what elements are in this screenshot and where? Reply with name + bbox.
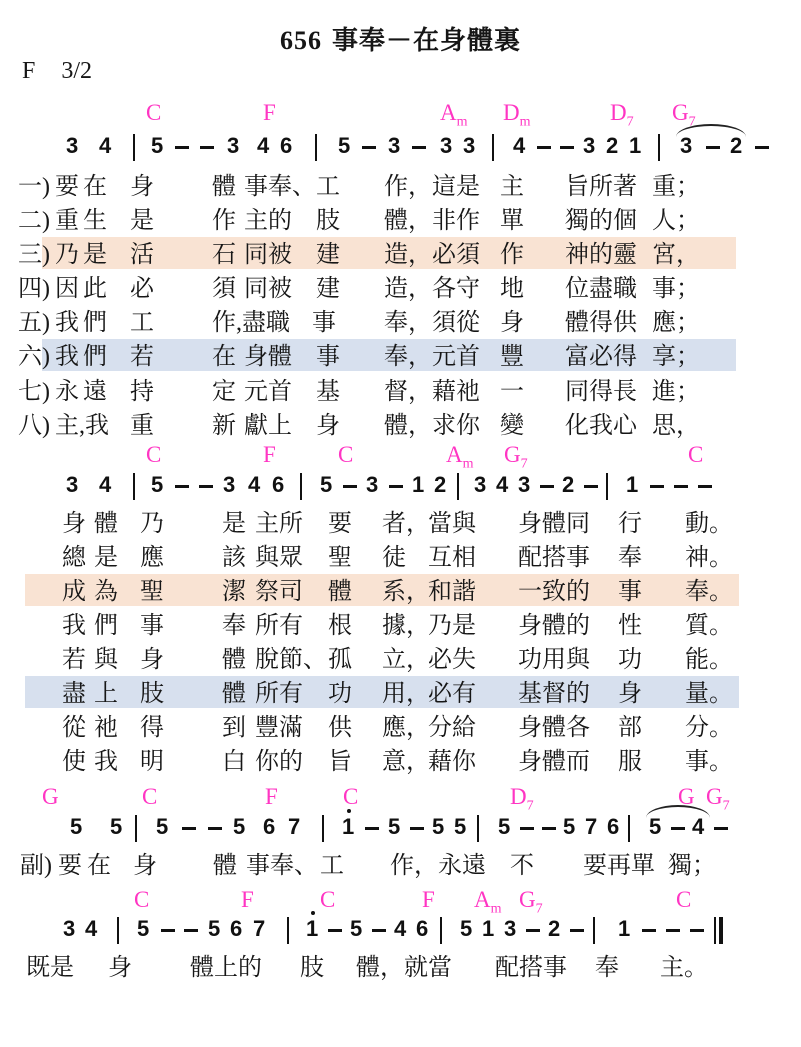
- lyric-segment: 體，求你: [384, 411, 480, 441]
- chord-symbol: G7: [706, 785, 730, 814]
- chord-subscript: m: [520, 115, 531, 130]
- note-dash: [690, 929, 704, 932]
- lyric-segment: 石: [212, 240, 236, 270]
- lyric-segment: 據，: [382, 611, 430, 641]
- chord-subscript: 7: [536, 902, 543, 917]
- lyric-segment: 造，必須: [384, 240, 480, 270]
- lyric-segment: 事: [618, 577, 642, 607]
- lyric-segment: 主,我: [55, 411, 109, 441]
- note-digit: 5: [563, 815, 575, 839]
- lyric-segment: 供: [328, 713, 352, 743]
- note-digit: 6: [272, 473, 284, 497]
- note-digit: 4: [248, 473, 260, 497]
- note-digit: 3: [463, 134, 475, 158]
- chord-symbol: Am: [440, 101, 468, 130]
- lyric-segment: 我: [55, 342, 79, 372]
- chord-symbol: C: [146, 443, 161, 466]
- lyric-segment: 得: [140, 713, 164, 743]
- note-digit: 6: [280, 134, 292, 158]
- bar-line: [477, 815, 479, 842]
- lyric-segment: 質。: [685, 611, 733, 641]
- chord-symbol: C: [142, 785, 157, 808]
- lyric-segment: 體，就當: [356, 953, 452, 983]
- octave-dot: [347, 809, 351, 813]
- note-digit: 5: [498, 815, 510, 839]
- chord-symbol: Am: [474, 888, 502, 917]
- lyric-segment: 能。: [685, 645, 733, 675]
- note-digit: 6: [416, 917, 428, 941]
- chord-symbol: G: [42, 785, 59, 808]
- lyric-segment: 我: [55, 308, 79, 338]
- chord-symbol: F: [263, 443, 276, 466]
- chord-subscript: 7: [723, 799, 730, 814]
- bar-line: [287, 917, 289, 944]
- verse-label: 二): [18, 206, 50, 236]
- note-digit: 2: [434, 473, 446, 497]
- note-digit: 6: [607, 815, 619, 839]
- lyric-segment: 事: [140, 611, 164, 641]
- lyric-segment: 富必得: [565, 342, 637, 372]
- lyric-segment: 上: [94, 679, 118, 709]
- chord-symbol: F: [263, 101, 276, 124]
- lyric-segment: 聖: [140, 577, 164, 607]
- lyric-segment: 作,盡職: [212, 308, 290, 338]
- note-dash: [520, 827, 534, 830]
- lyric-segment: 要: [328, 509, 352, 539]
- lyric-segment: 一: [500, 377, 524, 407]
- lyric-segment: 身: [108, 953, 132, 983]
- note-digit: 4: [99, 134, 111, 158]
- note-dash: [570, 929, 584, 932]
- lyric-segment: 基: [316, 377, 340, 407]
- chord-symbol: C: [134, 888, 149, 911]
- lyric-segment: 作: [212, 206, 236, 236]
- note-digit: 5: [233, 815, 245, 839]
- lyric-segment: 獻上: [244, 411, 292, 441]
- chord-symbol: C: [343, 785, 358, 808]
- lyric-segment: 用，: [382, 679, 430, 709]
- note-digit: 4: [99, 473, 111, 497]
- lyric-segment: 活: [130, 240, 154, 270]
- bar-line: [628, 815, 630, 842]
- lyric-segment: 旨: [328, 747, 352, 777]
- note-digit: 3: [518, 473, 530, 497]
- lyric-segment: 互相: [428, 543, 476, 573]
- note-digit: 3: [504, 917, 516, 941]
- lyric-segment: 當與: [428, 509, 476, 539]
- chord-symbol: Am: [446, 443, 474, 472]
- bar-line: [117, 917, 119, 944]
- note-digit: 6: [263, 815, 275, 839]
- lyric-segment: 享；: [652, 342, 700, 372]
- note-digit: 3: [66, 134, 78, 158]
- lyric-segment: 徒: [382, 543, 406, 573]
- note-dash: [184, 929, 198, 932]
- lyric-segment: 變: [500, 411, 524, 441]
- lyric-segment: 建: [316, 274, 340, 304]
- lyric-segment: 作: [500, 240, 524, 270]
- lyric-segment: 奉，元首: [384, 342, 480, 372]
- lyric-segment: 主: [500, 172, 524, 202]
- note-digit: 5: [320, 473, 332, 497]
- lyric-segment: 身: [618, 679, 642, 709]
- lyric-segment: 體: [212, 172, 236, 202]
- lyric-segment: 分給: [428, 713, 476, 743]
- note-digit: 3: [583, 134, 595, 158]
- lyric-segment: 工: [316, 172, 340, 202]
- lyric-segment: 體，非作: [384, 206, 480, 236]
- lyric-segment: 脫節、: [255, 645, 327, 675]
- lyric-segment: 明: [140, 747, 164, 777]
- verse-label: 三): [18, 240, 50, 270]
- lyric-segment: 性: [618, 611, 642, 641]
- note-dash: [362, 146, 376, 149]
- lyric-segment: 遠: [83, 377, 107, 407]
- lyric-segment: 我: [62, 611, 86, 641]
- lyric-segment: 根: [328, 611, 352, 641]
- lyric-segment: 量。: [685, 679, 733, 709]
- note-digit: 3: [388, 134, 400, 158]
- note-digit: 2: [730, 134, 742, 158]
- lyric-segment: 你的: [255, 747, 303, 777]
- note-digit: 2: [548, 917, 560, 941]
- lyric-segment: 祭司: [255, 577, 303, 607]
- lyric-segment: 從: [62, 713, 86, 743]
- lyric-segment: 分。: [685, 713, 733, 743]
- lyric-segment: 乃是: [428, 611, 476, 641]
- lyric-segment: 人；: [652, 206, 700, 236]
- lyric-segment: 獨；: [668, 851, 716, 881]
- note-dash: [540, 485, 554, 488]
- lyric-segment: 體: [213, 851, 237, 881]
- lyric-segment: 單: [500, 206, 524, 236]
- lyric-segment: 奉: [595, 953, 619, 983]
- lyric-segment: 配搭事: [518, 543, 590, 573]
- lyric-segment: 行: [618, 509, 642, 539]
- lyric-segment: 事奉、: [246, 851, 318, 881]
- chord-symbol: C: [320, 888, 335, 911]
- lyric-segment: 獨的個: [565, 206, 637, 236]
- note-digit: 3: [66, 473, 78, 497]
- lyric-segment: 乃: [140, 509, 164, 539]
- lyric-segment: 肢: [140, 679, 164, 709]
- lyric-segment: 必失: [428, 645, 476, 675]
- lyric-segment: 永: [55, 377, 79, 407]
- double-bar-line: [714, 917, 716, 944]
- chord-symbol: D7: [510, 785, 534, 814]
- lyric-segment: 祂: [94, 713, 118, 743]
- hymn-title: 事奉－在身體裏: [332, 26, 521, 55]
- note-digit: 4: [513, 134, 525, 158]
- note-digit: 1: [412, 473, 424, 497]
- note-dash: [365, 827, 379, 830]
- lyric-segment: 生: [83, 206, 107, 236]
- lyric-segment: 盡: [62, 679, 86, 709]
- chord-symbol: C: [676, 888, 691, 911]
- note-dash: [642, 929, 656, 932]
- note-digit: 3: [440, 134, 452, 158]
- bar-line: [133, 473, 135, 500]
- lyric-segment: 地: [500, 274, 524, 304]
- verse-label: 五): [18, 308, 50, 338]
- lyric-segment: 身: [140, 645, 164, 675]
- verse-label: 四): [18, 274, 50, 304]
- note-digit: 4: [496, 473, 508, 497]
- lyric-segment: 身體而: [518, 747, 590, 777]
- lyric-segment: 系，: [382, 577, 430, 607]
- note-digit: 5: [454, 815, 466, 839]
- lyric-segment: 與: [94, 645, 118, 675]
- note-digit: 4: [394, 917, 406, 941]
- bar-line: [315, 134, 317, 161]
- note-dash: [161, 929, 175, 932]
- lyric-segment: 在: [212, 342, 236, 372]
- note-digit: 4: [692, 815, 704, 839]
- lyric-segment: 既是: [26, 953, 74, 983]
- note-digit: 1: [482, 917, 494, 941]
- lyric-segment: 重: [130, 411, 154, 441]
- note-digit: 5: [460, 917, 472, 941]
- lyric-segment: 此: [83, 274, 107, 304]
- lyric-segment: 基督的: [518, 679, 590, 709]
- bar-line: [440, 917, 442, 944]
- lyric-segment: 工: [320, 851, 344, 881]
- note-dash: [182, 827, 196, 830]
- lyric-segment: 重；: [652, 172, 700, 202]
- note-dash: [537, 146, 551, 149]
- lyric-segment: 神的靈: [565, 240, 637, 270]
- lyric-segment: 所有: [255, 611, 303, 641]
- chord-symbol: F: [265, 785, 278, 808]
- lyric-segment: 總: [62, 543, 86, 573]
- lyric-segment: 奉: [618, 543, 642, 573]
- lyric-segment: 督，藉祂: [384, 377, 480, 407]
- lyric-segment: 旨所著: [565, 172, 637, 202]
- bar-line: [300, 473, 302, 500]
- note-dash: [650, 485, 664, 488]
- lyric-segment: 與眾: [255, 543, 303, 573]
- lyric-segment: 意，: [382, 747, 430, 777]
- tie-arc: [646, 805, 710, 818]
- lyric-segment: 使: [62, 747, 86, 777]
- lyric-segment: 功用與: [518, 645, 590, 675]
- verse-label: 七): [18, 377, 50, 407]
- lyric-segment: 身: [500, 308, 524, 338]
- chord-subscript: m: [491, 902, 502, 917]
- note-digit: 7: [585, 815, 597, 839]
- lyric-segment: 新: [212, 411, 236, 441]
- note-dash: [412, 146, 426, 149]
- lyric-segment: 是: [94, 543, 118, 573]
- lyric-segment: 豐: [500, 342, 524, 372]
- note-dash: [410, 827, 424, 830]
- lyric-segment: 工: [130, 308, 154, 338]
- lyric-segment: 為: [94, 577, 118, 607]
- lyric-segment: 孤: [328, 645, 352, 675]
- lyric-segment: 身: [62, 509, 86, 539]
- lyric-segment: 肢: [300, 953, 324, 983]
- lyric-segment: 應，: [382, 713, 430, 743]
- lyric-segment: 體: [94, 509, 118, 539]
- lyric-segment: 們: [94, 611, 118, 641]
- lyric-segment: 肢: [316, 206, 340, 236]
- note-dash: [714, 827, 728, 830]
- lyric-segment: 定: [212, 377, 236, 407]
- lyric-segment: 應: [140, 543, 164, 573]
- note-dash: [698, 485, 712, 488]
- lyric-segment: 藉你: [428, 747, 476, 777]
- lyric-segment: 宮，: [652, 240, 700, 270]
- note-digit: 5: [151, 134, 163, 158]
- lyric-segment: 事；: [652, 274, 700, 304]
- lyric-segment: 化我心: [565, 411, 637, 441]
- bar-line: [492, 134, 494, 161]
- lyric-segment: 成: [62, 577, 86, 607]
- lyric-segment: 作，永遠: [390, 851, 486, 881]
- lyric-segment: 體: [222, 645, 246, 675]
- lyric-segment: 不: [510, 851, 534, 881]
- note-digit: 4: [257, 134, 269, 158]
- lyric-segment: 豐滿: [255, 713, 303, 743]
- note-digit: 3: [474, 473, 486, 497]
- lyric-segment: 們: [83, 342, 107, 372]
- lyric-segment: 功: [618, 645, 642, 675]
- note-digit: 5: [649, 815, 661, 839]
- chord-symbol: C: [146, 101, 161, 124]
- note-digit: 5: [432, 815, 444, 839]
- lyric-segment: 奉。: [685, 577, 733, 607]
- note-digit: 3: [680, 134, 692, 158]
- lyric-segment: 要再單: [583, 851, 655, 881]
- verse-label: 八): [18, 411, 50, 441]
- note-dash: [755, 146, 769, 149]
- lyric-segment: 體上的: [190, 953, 262, 983]
- note-dash: [674, 485, 688, 488]
- lyric-segment: 該: [222, 543, 246, 573]
- lyric-segment: 要: [55, 172, 79, 202]
- note-digit: 3: [63, 917, 75, 941]
- lyric-segment: 須: [212, 274, 236, 304]
- lyric-segment: 配搭事: [495, 953, 567, 983]
- lyric-segment: 若: [62, 645, 86, 675]
- lyric-segment: 動。: [685, 509, 733, 539]
- lyric-segment: 在: [87, 851, 111, 881]
- lyric-segment: 主的: [244, 206, 292, 236]
- note-digit: 5: [388, 815, 400, 839]
- lyric-segment: 在: [83, 172, 107, 202]
- lyric-segment: 必: [130, 274, 154, 304]
- note-digit: 5: [137, 917, 149, 941]
- lyric-segment: 因: [55, 274, 79, 304]
- note-digit: 7: [288, 815, 300, 839]
- note-digit: 5: [350, 917, 362, 941]
- lyric-segment: 進；: [652, 377, 700, 407]
- lyric-segment: 持: [130, 377, 154, 407]
- chord-subscript: 7: [521, 457, 528, 472]
- chord-subscript: m: [463, 457, 474, 472]
- lyric-segment: 身體同: [518, 509, 590, 539]
- chord-subscript: m: [457, 115, 468, 130]
- bar-line: [135, 815, 137, 842]
- lyric-segment: 建: [316, 240, 340, 270]
- lyric-segment: 主所: [255, 509, 303, 539]
- note-digit: 5: [208, 917, 220, 941]
- note-dash: [542, 827, 556, 830]
- page-title: 656事奉－在身體裏: [0, 20, 801, 57]
- bar-line: [593, 917, 595, 944]
- chord-symbol: G7: [504, 443, 528, 472]
- lyric-segment: 奉，須從: [384, 308, 480, 338]
- lyric-segment: 同被: [244, 274, 292, 304]
- lyric-segment: 們: [83, 308, 107, 338]
- lyric-segment: 身: [316, 411, 340, 441]
- lyric-segment: 一致的: [518, 577, 590, 607]
- note-digit: 6: [230, 917, 242, 941]
- lyric-segment: 乃: [55, 240, 79, 270]
- verse-label: 一): [18, 172, 50, 202]
- lyric-segment: 部: [618, 713, 642, 743]
- note-digit: 1: [618, 917, 630, 941]
- lyric-segment: 重: [55, 206, 79, 236]
- chord-symbol: F: [241, 888, 254, 911]
- note-dash: [666, 929, 680, 932]
- note-dash: [671, 827, 685, 830]
- note-dash: [372, 929, 386, 932]
- note-dash: [706, 146, 720, 149]
- lyric-segment: 主。: [660, 953, 708, 983]
- lyric-segment: 立，: [382, 645, 430, 675]
- lyric-segment: 神。: [685, 543, 733, 573]
- lyric-segment: 身: [130, 172, 154, 202]
- note-digit: 5: [70, 815, 82, 839]
- note-digit: 7: [253, 917, 265, 941]
- hymn-number: 656: [280, 26, 322, 55]
- lyric-segment: 身體的: [518, 611, 590, 641]
- chord-subscript: 7: [527, 799, 534, 814]
- time-signature: 3/2: [61, 58, 92, 84]
- lyric-segment: 所有: [255, 679, 303, 709]
- octave-dot: [311, 911, 315, 915]
- chord-symbol: C: [338, 443, 353, 466]
- lyric-segment: 是: [222, 509, 246, 539]
- lyric-segment: 潔: [222, 577, 246, 607]
- chord-symbol: C: [688, 443, 703, 466]
- note-dash: [208, 827, 222, 830]
- lyric-segment: 應；: [652, 308, 700, 338]
- note-dash: [175, 146, 189, 149]
- lyric-segment: 體: [328, 577, 352, 607]
- note-digit: 5: [338, 134, 350, 158]
- lyric-segment: 者，: [382, 509, 430, 539]
- bar-line: [658, 134, 660, 161]
- key-letter: F: [22, 58, 35, 84]
- note-dash: [560, 146, 574, 149]
- double-bar-line: [719, 917, 723, 944]
- lyric-segment: 事: [316, 342, 340, 372]
- chord-subscript: 7: [627, 115, 634, 130]
- bar-line: [606, 473, 608, 500]
- note-dash: [200, 146, 214, 149]
- lyric-segment: 事奉、: [244, 172, 316, 202]
- note-digit: 2: [562, 473, 574, 497]
- verse-label: 六): [18, 342, 50, 372]
- note-dash: [389, 485, 403, 488]
- chord-symbol: F: [422, 888, 435, 911]
- note-dash: [584, 485, 598, 488]
- lyric-segment: 功: [328, 679, 352, 709]
- note-digit: 5: [156, 815, 168, 839]
- lyric-segment: 事: [312, 308, 336, 338]
